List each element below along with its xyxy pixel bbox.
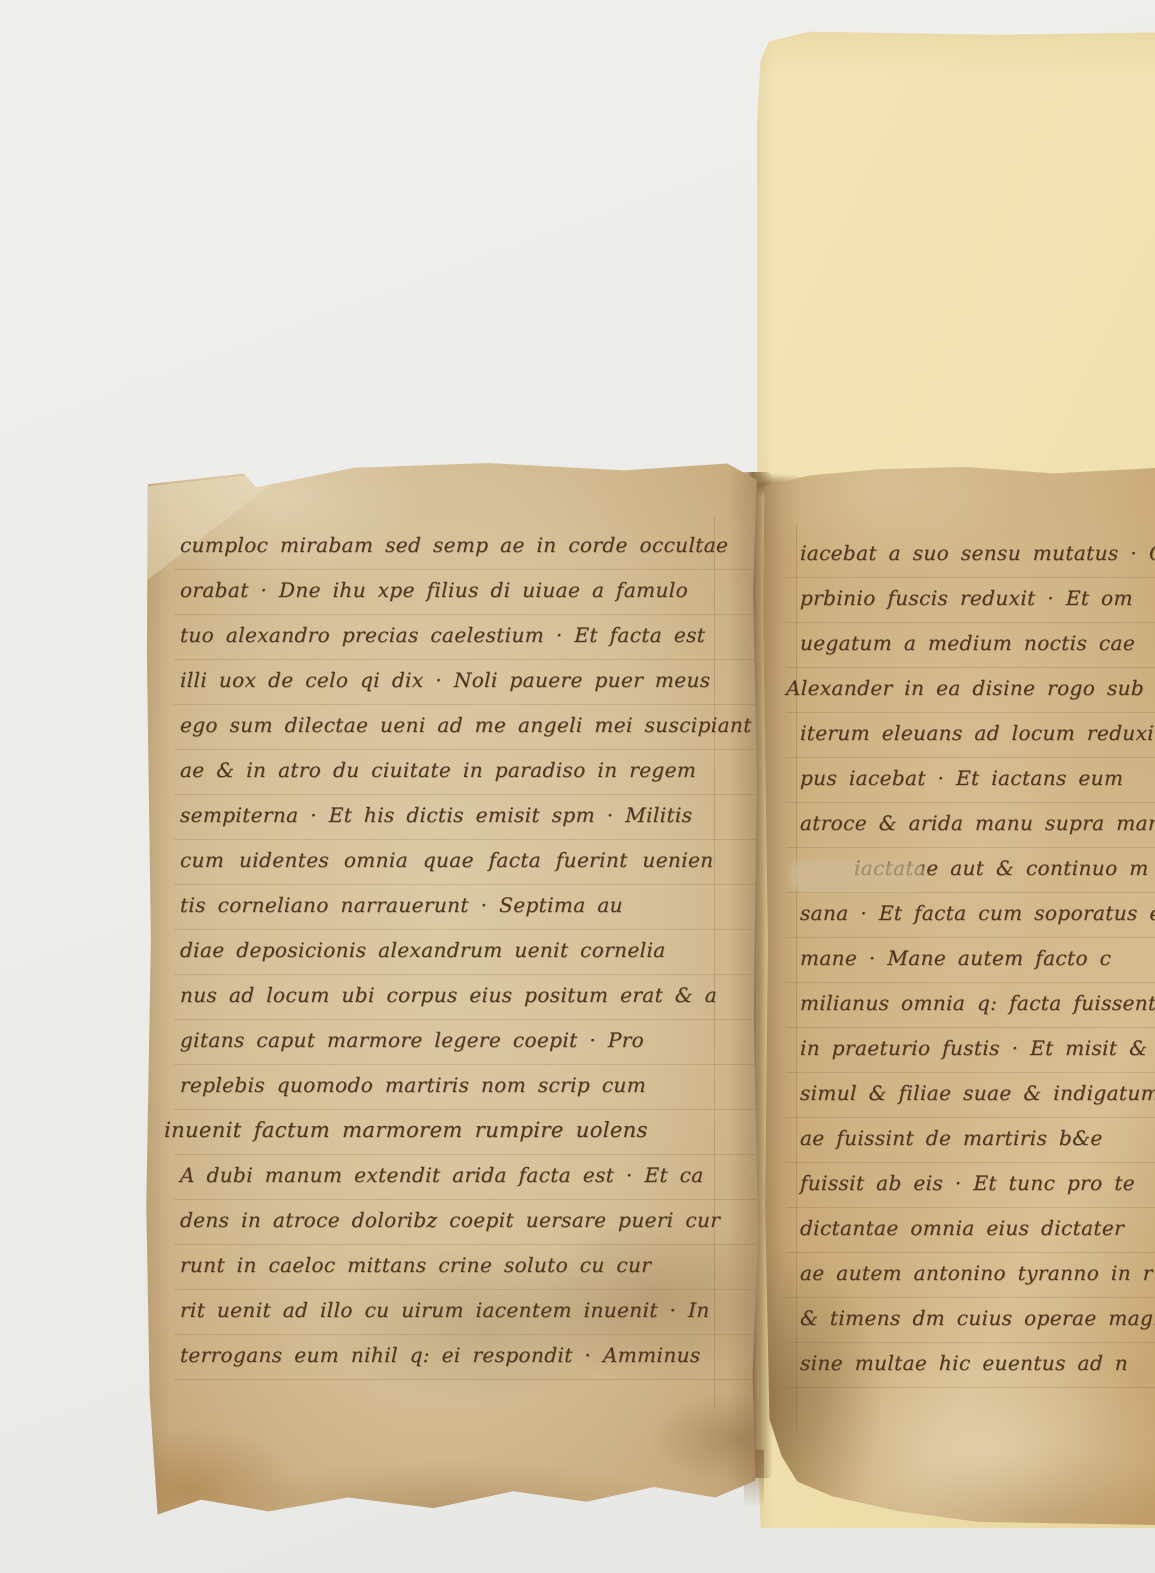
manuscript-text-line: illi uox de celo qi dix · Noli pauere pu… [179,658,754,703]
manuscript-text-line: in praeturio fustis · Et misit & ac [799,1026,1155,1071]
manuscript-text-line: terrogans eum nihil q: ei respondit · Am… [179,1333,754,1378]
manuscript-text-line: ae autem antonino tyranno in r [799,1251,1155,1296]
manuscript-text-line: milianus omnia q: facta fuissent [799,981,1155,1026]
manuscript-text-line: atroce & arida manu supra mar [799,801,1155,846]
manuscript-text-line: pus iacebat · Et iactans eum [799,756,1155,801]
manuscript-text-line: replebis quomodo martiris nom scrip cum [179,1063,754,1108]
right-page-text: iacebat a suo sensu mutatus · Qutiprbini… [800,531,1155,1386]
right-parchment-leaf: iacebat a suo sensu mutatus · Qutiprbini… [762,467,1155,1525]
margin-rule [796,525,797,1431]
manuscript-text-line: cum uidentes omnia quae facta fuerint ue… [179,838,754,883]
manuscript-text-line: dens in atroce doloribz coepit uersare p… [179,1198,754,1243]
manuscript-text-line: gitans caput marmore legere coepit · Pro [179,1018,754,1063]
left-page-text: cumploc mirabam sed semp ae in corde occ… [180,523,754,1378]
manuscript-text-line: orabat · Dne ihu xpe filius di uiuae a f… [179,568,754,613]
faded-text-smudge [790,860,924,892]
manuscript-text-line: cumploc mirabam sed semp ae in corde occ… [179,523,754,568]
manuscript-text-line: inuenit factum marmorem rumpire uolens [163,1108,754,1153]
manuscript-text-line: mane · Mane autem facto c [799,936,1155,981]
manuscript-text-line: ego sum dilectae ueni ad me angeli mei s… [179,703,754,748]
manuscript-text-line: tuo alexandro precias caelestium · Et fa… [179,613,754,658]
manuscript-text-line: uegatum a medium noctis cae [799,621,1155,666]
manuscript-text-line: prbinio fuscis reduxit · Et om [799,576,1155,621]
manuscript-text-line: runt in caeloc mittans crine soluto cu c… [179,1243,754,1288]
manuscript-text-line: A dubi manum extendit arida facta est · … [179,1153,754,1198]
manuscript-text-line: iterum eleuans ad locum reduxit [799,711,1155,756]
manuscript-text-line: fuissit ab eis · Et tunc pro te [799,1161,1155,1206]
manuscript-text-line: dictantae omnia eius dictater [799,1206,1155,1251]
left-parchment-leaf: cumploc mirabam sed semp ae in corde occ… [146,463,758,1523]
manuscript-text-line: rit uenit ad illo cu uirum iacentem inue… [179,1288,754,1333]
manuscript-text-line: sempiterna · Et his dictis emisit spm · … [179,793,754,838]
manuscript-text-line: & timens dm cuius operae magn [799,1296,1155,1341]
manuscript-photograph: cumploc mirabam sed semp ae in corde occ… [0,0,1155,1573]
manuscript-text-line: Alexander in ea disine rogo sub [785,666,1155,711]
manuscript-text-line: tis corneliano narrauerunt · Septima au [179,883,754,928]
manuscript-text-line: sana · Et facta cum soporatus e [799,891,1155,936]
manuscript-text-line: sine multae hic euentus ad n [799,1341,1155,1386]
manuscript-text-line: ae fuissint de martiris b&e [799,1116,1155,1161]
manuscript-text-line: diae deposicionis alexandrum uenit corne… [179,928,754,973]
manuscript-text-line: simul & filiae suae & indigatum t [799,1071,1155,1116]
manuscript-text-line: nus ad locum ubi corpus eius positum era… [179,973,754,1018]
manuscript-text-line: iacebat a suo sensu mutatus · Quti [799,531,1155,576]
manuscript-text-line: ae & in atro du ciuitate in paradiso in … [179,748,754,793]
